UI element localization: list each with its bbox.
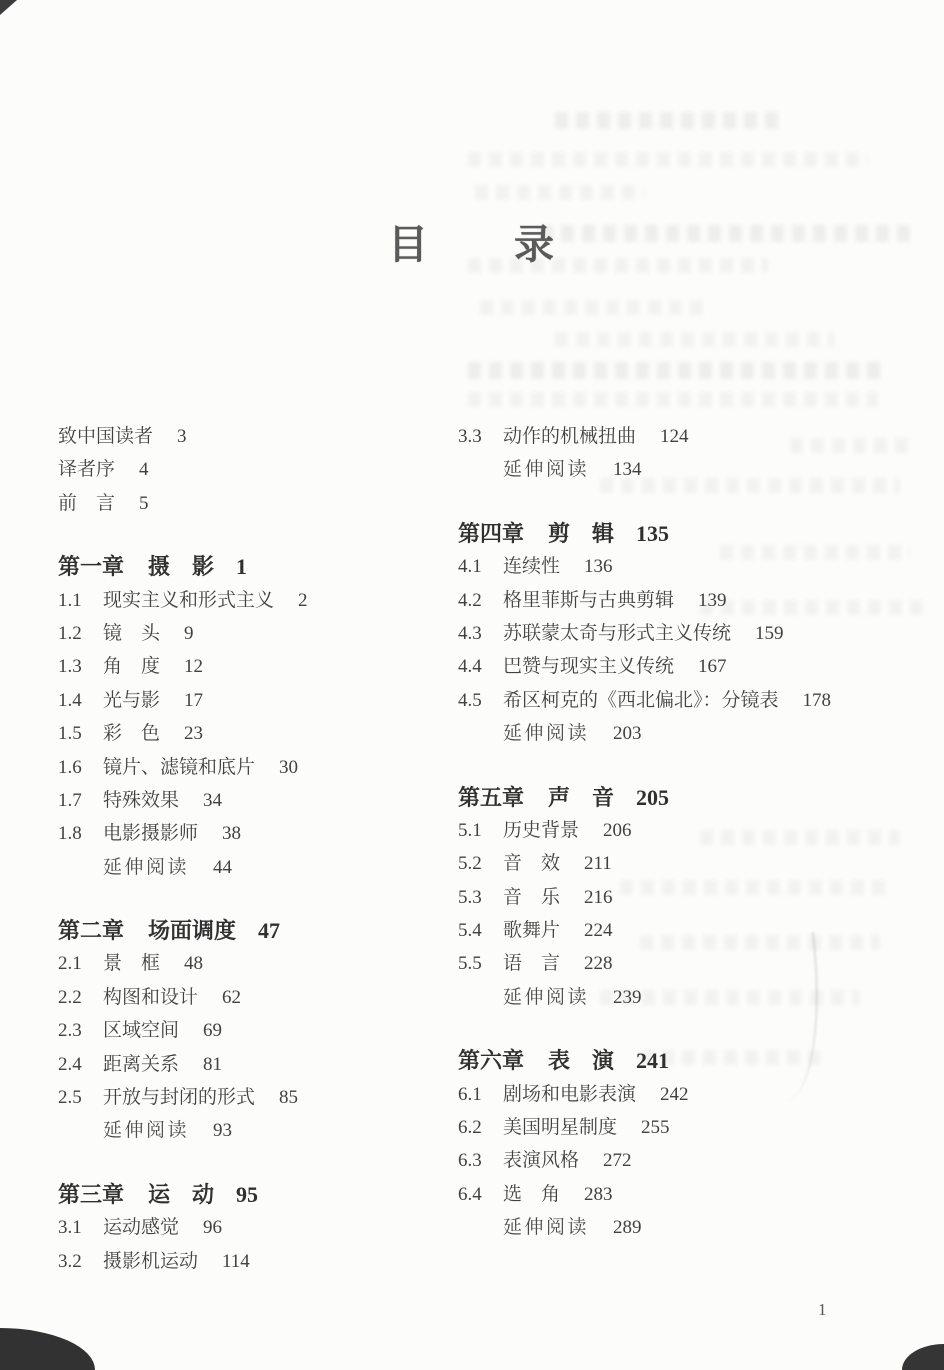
chapter-heading-row: 第二章 场面调度 47 — [58, 914, 408, 947]
toc-entry: 6.2 美国明星制度 255 — [458, 1111, 898, 1144]
entry-page: 224 — [584, 914, 613, 947]
entry-number: 5.1 — [458, 814, 503, 847]
entry-number: 4.1 — [458, 550, 503, 583]
entry-number: 6.3 — [458, 1144, 503, 1177]
entry-title: 镜 头 — [103, 617, 160, 650]
entry-number: 2.2 — [58, 981, 103, 1014]
entry-title: 音 效 — [503, 847, 560, 880]
entry-page: 96 — [203, 1211, 222, 1244]
toc-entry: 2.5 开放与封闭的形式 85 — [58, 1081, 408, 1114]
toc-entry: 4.3 苏联蒙太奇与形式主义传统 159 — [458, 617, 898, 650]
entry-title: 景 框 — [103, 947, 160, 980]
toc-entry: 5.1 历史背景 206 — [458, 814, 898, 847]
entry-title: 现实主义和形式主义 — [103, 584, 274, 617]
entry-number: 1.8 — [58, 817, 103, 850]
further-reading-row: 延伸阅读 289 — [458, 1211, 898, 1244]
entry-title: 歌舞片 — [503, 914, 560, 947]
entry-page: 9 — [184, 617, 194, 650]
toc-entry: 2.4 距离关系 81 — [58, 1048, 408, 1081]
page-number: 1 — [818, 1300, 827, 1320]
entry-page: 44 — [213, 851, 232, 884]
entry-title: 希区柯克的《西北偏北》：分镜表 — [503, 684, 779, 717]
entry-title: 光与影 — [103, 684, 160, 717]
entry-title: 语 言 — [503, 947, 560, 980]
entry-number: 5.3 — [458, 881, 503, 914]
front-matter: 致中国读者 3 译者序 4 前 言 5 — [58, 420, 408, 520]
entry-title: 译者序 — [58, 453, 115, 486]
entry-number: 1.6 — [58, 751, 103, 784]
bleed-through-row — [468, 392, 878, 407]
entry-title: 延伸阅读 — [503, 717, 589, 750]
entry-number: 4.5 — [458, 684, 503, 717]
further-reading-row: 延伸阅读 134 — [458, 453, 898, 486]
toc-entry: 1.7 特殊效果 34 — [58, 784, 408, 817]
entry-title: 构图和设计 — [103, 981, 198, 1014]
toc-entry: 5.5 语 言 228 — [458, 947, 898, 980]
entry-title: 历史背景 — [503, 814, 579, 847]
toc-entry: 4.5 希区柯克的《西北偏北》：分镜表 178 — [458, 684, 898, 717]
entry-page: 93 — [213, 1114, 232, 1147]
chapter-heading-row: 第四章 剪 辑 135 — [458, 517, 898, 550]
entry-page: 62 — [222, 981, 241, 1014]
entry-page: 242 — [660, 1078, 689, 1111]
entry-page: 206 — [603, 814, 632, 847]
toc-entry: 5.2 音 效 211 — [458, 847, 898, 880]
chapter-page: 135 — [636, 517, 669, 550]
further-reading-row: 延伸阅读 44 — [58, 851, 408, 884]
entry-title: 区域空间 — [103, 1014, 179, 1047]
chapter-section-2: 第二章 场面调度 47 2.1 景 框 48 2.2 构图和设计 62 2.3 … — [58, 914, 408, 1148]
entry-page: 114 — [222, 1245, 250, 1278]
entry-title: 镜片、滤镜和底片 — [103, 751, 255, 784]
chapter-section-3-continued: 3.3 动作的机械扭曲 124 延伸阅读 134 — [458, 420, 898, 487]
entry-number: 6.1 — [458, 1078, 503, 1111]
toc-entry: 3.2 摄影机运动 114 — [58, 1245, 408, 1278]
entry-title: 表演风格 — [503, 1144, 579, 1177]
entry-page: 34 — [203, 784, 222, 817]
chapter-title: 运 动 — [148, 1178, 214, 1211]
chapter-heading-row: 第六章 表 演 241 — [458, 1044, 898, 1077]
chapter-label: 第二章 — [58, 914, 124, 947]
entry-page: 239 — [613, 981, 642, 1014]
chapter-heading-row: 第五章 声 音 205 — [458, 781, 898, 814]
entry-title: 延伸阅读 — [503, 981, 589, 1014]
entry-number: 1.7 — [58, 784, 103, 817]
chapter-label: 第四章 — [458, 517, 524, 550]
scan-corner-bottom-right — [902, 1344, 944, 1370]
entry-page: 17 — [184, 684, 203, 717]
chapter-title: 场面调度 — [148, 914, 236, 947]
entry-title: 延伸阅读 — [503, 453, 589, 486]
chapter-section-3: 第三章 运 动 95 3.1 运动感觉 96 3.2 摄影机运动 114 — [58, 1178, 408, 1278]
chapter-section-1: 第一章 摄 影 1 1.1 现实主义和形式主义 2 1.2 镜 头 9 1.3 … — [58, 550, 408, 884]
entry-title: 音 乐 — [503, 881, 560, 914]
toc-entry: 2.2 构图和设计 62 — [58, 981, 408, 1014]
entry-number: 4.3 — [458, 617, 503, 650]
entry-page: 30 — [279, 751, 298, 784]
entry-page: 124 — [660, 420, 689, 453]
entry-page: 255 — [641, 1111, 670, 1144]
entry-page: 289 — [613, 1211, 642, 1244]
entry-number: 1.1 — [58, 584, 103, 617]
entry-number: 6.4 — [458, 1178, 503, 1211]
entry-number: 1.2 — [58, 617, 103, 650]
entry-number: 3.2 — [58, 1245, 103, 1278]
bleed-through-row — [555, 112, 785, 129]
entry-number: 5.2 — [458, 847, 503, 880]
entry-page: 203 — [613, 717, 642, 750]
entry-page: 178 — [803, 684, 832, 717]
entry-number: 6.2 — [458, 1111, 503, 1144]
chapter-page: 241 — [636, 1044, 669, 1077]
toc-entry: 1.2 镜 头 9 — [58, 617, 408, 650]
bleed-through-row — [468, 362, 888, 379]
toc-entry: 5.4 歌舞片 224 — [458, 914, 898, 947]
toc-entry: 1.1 现实主义和形式主义 2 — [58, 584, 408, 617]
toc-entry: 3.1 运动感觉 96 — [58, 1211, 408, 1244]
toc-entry: 6.1 剧场和电影表演 242 — [458, 1078, 898, 1111]
entry-title: 摄影机运动 — [103, 1245, 198, 1278]
toc-entry: 6.4 选 角 283 — [458, 1178, 898, 1211]
further-reading-row: 延伸阅读 239 — [458, 981, 898, 1014]
toc-entry: 3.3 动作的机械扭曲 124 — [458, 420, 898, 453]
chapter-heading-row: 第一章 摄 影 1 — [58, 550, 408, 583]
scan-corner-top-left — [0, 0, 17, 15]
chapter-title: 声 音 — [548, 781, 614, 814]
entry-number: 4.4 — [458, 650, 503, 683]
entry-page: 23 — [184, 717, 203, 750]
entry-page: 211 — [584, 847, 612, 880]
entry-number: 3.1 — [58, 1211, 103, 1244]
toc-right-column: 3.3 动作的机械扭曲 124 延伸阅读 134 第四章 剪 辑 135 4.1… — [458, 420, 898, 1245]
scan-corner-bottom-left — [0, 1328, 95, 1370]
bleed-through-row — [555, 332, 835, 347]
entry-page: 81 — [203, 1048, 222, 1081]
entry-page: 139 — [698, 584, 727, 617]
entry-title: 选 角 — [503, 1178, 560, 1211]
entry-page: 38 — [222, 817, 241, 850]
chapter-section-4: 第四章 剪 辑 135 4.1 连续性 136 4.2 格里菲斯与古典剪辑 13… — [458, 517, 898, 751]
entry-page: 69 — [203, 1014, 222, 1047]
chapter-page: 95 — [236, 1178, 258, 1211]
entry-title: 格里菲斯与古典剪辑 — [503, 584, 674, 617]
entry-number: 4.2 — [458, 584, 503, 617]
entry-title: 巴赞与现实主义传统 — [503, 650, 674, 683]
entry-number: 3.3 — [458, 420, 503, 453]
entry-page: 85 — [279, 1081, 298, 1114]
entry-number: 5.5 — [458, 947, 503, 980]
further-reading-row: 延伸阅读 93 — [58, 1114, 408, 1147]
entry-number: 5.4 — [458, 914, 503, 947]
chapter-label: 第五章 — [458, 781, 524, 814]
chapter-label: 第三章 — [58, 1178, 124, 1211]
entry-page: 4 — [139, 453, 149, 486]
toc-entry: 5.3 音 乐 216 — [458, 881, 898, 914]
entry-title: 连续性 — [503, 550, 560, 583]
entry-number: 1.4 — [58, 684, 103, 717]
entry-title: 彩 色 — [103, 717, 160, 750]
entry-number: 2.5 — [58, 1081, 103, 1114]
bleed-through-row — [480, 300, 710, 315]
toc-entry: 1.4 光与影 17 — [58, 684, 408, 717]
entry-title: 运动感觉 — [103, 1211, 179, 1244]
entry-title: 开放与封闭的形式 — [103, 1081, 255, 1114]
entry-number: 2.1 — [58, 947, 103, 980]
entry-title: 前 言 — [58, 487, 115, 520]
entry-title: 延伸阅读 — [503, 1211, 589, 1244]
chapter-title: 剪 辑 — [548, 517, 614, 550]
chapter-section-5: 第五章 声 音 205 5.1 历史背景 206 5.2 音 效 211 5.3… — [458, 781, 898, 1015]
toc-entry: 4.2 格里菲斯与古典剪辑 139 — [458, 584, 898, 617]
entry-title: 特殊效果 — [103, 784, 179, 817]
entry-title: 距离关系 — [103, 1048, 179, 1081]
entry-title: 延伸阅读 — [103, 1114, 189, 1147]
chapter-heading-row: 第三章 运 动 95 — [58, 1178, 408, 1211]
bleed-through-row — [468, 152, 868, 167]
toc-entry: 1.8 电影摄影师 38 — [58, 817, 408, 850]
bleed-through-row — [475, 185, 645, 200]
chapter-page: 205 — [636, 781, 669, 814]
entry-page: 134 — [613, 453, 642, 486]
entry-number: 2.4 — [58, 1048, 103, 1081]
entry-page: 283 — [584, 1178, 613, 1211]
toc-entry: 4.1 连续性 136 — [458, 550, 898, 583]
entry-number: 1.5 — [58, 717, 103, 750]
entry-title: 电影摄影师 — [103, 817, 198, 850]
entry-page: 167 — [698, 650, 727, 683]
entry-title: 角 度 — [103, 650, 160, 683]
entry-title: 延伸阅读 — [103, 851, 189, 884]
further-reading-row: 延伸阅读 203 — [458, 717, 898, 750]
chapter-section-6: 第六章 表 演 241 6.1 剧场和电影表演 242 6.2 美国明星制度 2… — [458, 1044, 898, 1244]
entry-page: 216 — [584, 881, 613, 914]
entry-page: 5 — [139, 487, 149, 520]
entry-page: 228 — [584, 947, 613, 980]
entry-title: 苏联蒙太奇与形式主义传统 — [503, 617, 731, 650]
chapter-label: 第一章 — [58, 550, 124, 583]
toc-left-column: 致中国读者 3 译者序 4 前 言 5 第一章 摄 影 1 1.1 现实主义和形… — [58, 420, 408, 1278]
toc-entry: 2.3 区域空间 69 — [58, 1014, 408, 1047]
entry-page: 12 — [184, 650, 203, 683]
toc-entry: 2.1 景 框 48 — [58, 947, 408, 980]
chapter-label: 第六章 — [458, 1044, 524, 1077]
entry-title: 美国明星制度 — [503, 1111, 617, 1144]
chapter-title: 表 演 — [548, 1044, 614, 1077]
entry-page: 48 — [184, 947, 203, 980]
toc-entry: 1.6 镜片、滤镜和底片 30 — [58, 751, 408, 784]
entry-page: 2 — [298, 584, 308, 617]
toc-entry: 前 言 5 — [58, 487, 408, 520]
entry-number: 1.3 — [58, 650, 103, 683]
toc-entry: 1.5 彩 色 23 — [58, 717, 408, 750]
toc-entry: 6.3 表演风格 272 — [458, 1144, 898, 1177]
entry-title: 致中国读者 — [58, 420, 153, 453]
entry-number: 2.3 — [58, 1014, 103, 1047]
toc-entry: 4.4 巴赞与现实主义传统 167 — [458, 650, 898, 683]
toc-entry: 1.3 角 度 12 — [58, 650, 408, 683]
toc-entry: 致中国读者 3 — [58, 420, 408, 453]
entry-page: 3 — [177, 420, 187, 453]
entry-page: 136 — [584, 550, 613, 583]
chapter-page: 1 — [236, 550, 247, 583]
toc-entry: 译者序 4 — [58, 453, 408, 486]
entry-page: 272 — [603, 1144, 632, 1177]
chapter-page: 47 — [258, 914, 280, 947]
scanned-toc-page: 目 录 致中国读者 3 译者序 4 前 言 5 第一章 摄 影 1 — [0, 0, 944, 1370]
entry-page: 159 — [755, 617, 784, 650]
chapter-title: 摄 影 — [148, 550, 214, 583]
entry-title: 剧场和电影表演 — [503, 1078, 636, 1111]
entry-title: 动作的机械扭曲 — [503, 420, 636, 453]
page-title: 目 录 — [0, 213, 944, 270]
